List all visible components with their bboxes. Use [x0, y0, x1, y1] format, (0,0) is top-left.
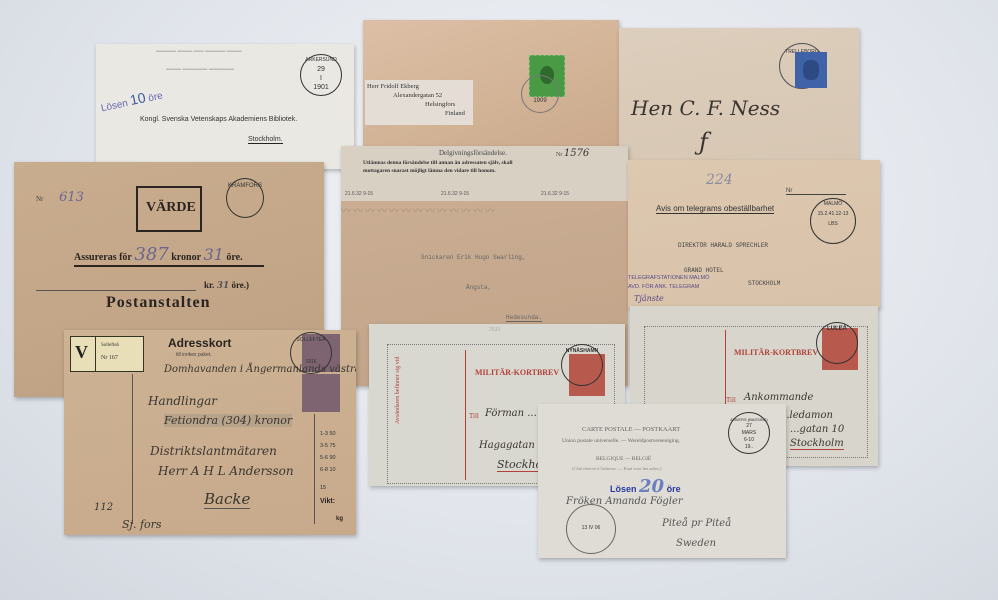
- serial-number: 2532: [489, 327, 500, 333]
- machine-postmark: 21.6.32 9-15: [541, 191, 569, 197]
- label-nr: Nr 1576: [556, 148, 589, 159]
- country-text: BELGIQUE — BELGIË: [596, 456, 651, 462]
- notice-title: Avis om telegrams obeställbarhet: [656, 204, 774, 214]
- left-column-divider: [132, 374, 133, 524]
- kramfors-postmark: KRAMFORS: [226, 178, 264, 218]
- anvers-postmark: ANVERS (BASSINS) 27 MARS 6-10 19..: [728, 412, 770, 454]
- dotted-line: [36, 290, 196, 291]
- lulea-postmark: LULEÅ: [816, 322, 858, 364]
- nr-label: Nr: [786, 188, 846, 195]
- v-label: V Sollefteå Nr 167: [70, 336, 144, 372]
- label-place: Sollefteå: [101, 343, 119, 348]
- weight-label: Vikt:: [320, 498, 335, 505]
- v-letter: V: [75, 342, 88, 363]
- card-title: Adresskort: [168, 336, 231, 350]
- wavy-cancel: 〰〰〰〰〰〰〰〰〰〰〰〰〰: [341, 202, 497, 217]
- label-title: Delgivningsförsändelse.: [439, 149, 507, 157]
- ness-cover: TRELLEBORG Hen C. F. Ness ƒ: [619, 28, 859, 168]
- recipient-line: Herr A H L Andersson: [158, 464, 294, 478]
- card-title: MILITÄR-KORTBREV: [734, 348, 818, 357]
- sender-line: Domhavanden i Ångermanlands västra domsa…: [164, 364, 356, 375]
- handwritten-number: 224: [706, 172, 733, 188]
- destination-line: Backe: [204, 490, 250, 509]
- address-line: Helsingfors: [425, 101, 455, 108]
- newspaper-wrapper-finland: Herr Fridolf Ekberg Alexandergatan 52 He…: [363, 20, 619, 150]
- addressee: DIREKTÖR HARALD SPRECHLER: [678, 242, 768, 249]
- addressee: Kongl. Svenska Vetenskaps Akademiens Bib…: [140, 116, 297, 123]
- handwritten-flourish: ƒ: [699, 128, 708, 156]
- instruction: mottagaren snarast möjligt lämna den vid…: [363, 168, 496, 174]
- nr-label: Nr 613: [36, 190, 84, 205]
- address-label: Herr Fridolf Ekberg Alexandergatan 52 He…: [365, 80, 473, 125]
- varde-box: VÄRDE: [136, 186, 202, 232]
- till-label: Till: [726, 396, 736, 404]
- kr-line: kr. 31 öre.): [204, 280, 249, 291]
- printed-header-2: ▬▬▬ ▬▬▬▬▬ ▬▬▬▬▬: [166, 66, 234, 72]
- machine-postmark: 21.6.32 9-15: [345, 191, 373, 197]
- postmark: 1909: [521, 75, 559, 113]
- akademien-postcard: ▬▬▬▬ ▬▬▬ ▬▬ ▬▬▬▬ ▬▬▬ ▬▬▬ ▬▬▬▬▬ ▬▬▬▬▬ Lös…: [96, 44, 354, 169]
- postage-due-stamp: Lösen 20 öre: [610, 476, 681, 497]
- union-text: Union postale universelle. — Wereldpostv…: [562, 438, 680, 444]
- card-heading: CARTE POSTALE — POSTKAART: [582, 426, 680, 433]
- signature: Tjänste: [634, 294, 664, 303]
- varde-label: VÄRDE: [146, 200, 196, 216]
- divider: [465, 350, 466, 480]
- signature: Sj. fors: [122, 518, 162, 531]
- typed-line: Ängsta,: [466, 284, 491, 291]
- till-label: Till: [469, 412, 479, 420]
- handwritten-line: Förman ...: [485, 408, 537, 419]
- handwritten-line: ...ledamon: [780, 410, 833, 421]
- address-line: Finland: [445, 110, 465, 117]
- value-line: Fetiondra (304) kronor: [164, 414, 292, 427]
- postanstalten-heading: Postanstalten: [106, 294, 211, 312]
- delgivning-label: Delgivningsförsändelse. Nr 1576 Utlämnas…: [341, 146, 628, 201]
- handwritten-line: Sweden: [676, 538, 716, 549]
- typed-line: Hedesunda.: [506, 314, 542, 322]
- handwritten-line: ...gatan 10: [790, 424, 844, 435]
- contents-line: Handlingar: [148, 394, 217, 408]
- printed-header: ▬▬▬▬ ▬▬▬ ▬▬ ▬▬▬▬ ▬▬▬: [156, 48, 242, 54]
- purple-stamp: [302, 374, 340, 412]
- address-line: Alexandergatan 52: [393, 92, 442, 99]
- handwritten-line: Piteå pr Piteå: [662, 518, 731, 529]
- blue-coat-of-arms-stamp: [795, 52, 827, 88]
- sender-department: AVD. FÖR ANK. TELEGRAM: [628, 284, 699, 290]
- arkersund-postmark: ARKERSUND 29 I 1901: [300, 54, 342, 96]
- handwritten-line: Ankommande: [744, 392, 813, 403]
- card-title: MILITÄR-KORTBREV: [475, 368, 559, 377]
- belgian-carte-postale: CARTE POSTALE — POSTKAART Union postale …: [538, 404, 786, 558]
- recipient-line: Distriktslantmätaren: [150, 444, 277, 458]
- adresskort-parcel-card: V Sollefteå Nr 167 Adresskort till inrik…: [64, 330, 356, 535]
- instruction: Utlämnas denna försändelse till annan än…: [363, 160, 513, 166]
- insured-amount-line: Assureras för 387 kronor 31 öre.: [74, 244, 264, 267]
- arrival-postmark: 13 IV 06: [566, 504, 616, 554]
- sender-note: Avsändaren befinner sig vid: [395, 357, 401, 424]
- telegram-notice: 224 Nr Avis om telegrams obeställbarhet …: [628, 160, 880, 308]
- left-number: 112: [94, 502, 113, 513]
- fee-table: 1-3 50 3-5 75 5-6 90 6-8 10 15: [320, 428, 336, 494]
- hotel: GRAND HOTEL: [684, 267, 724, 274]
- city: STOCKHOLM: [748, 280, 780, 287]
- kg-label: kg: [336, 516, 343, 522]
- address-note: (Côté réservé à l'adresse. — Kant voor h…: [572, 466, 662, 471]
- malmo-postmark: MALMÖ 15.2.41.12-13 LBS: [810, 198, 856, 244]
- address-line: Herr Fridolf Ekberg: [367, 83, 419, 90]
- handwritten-line: Stockholm: [790, 438, 844, 450]
- postage-due-stamp: Lösen 10 öre: [99, 86, 164, 115]
- handwritten-address: Hen C. F. Ness: [631, 96, 780, 120]
- handwritten-line: Hagagatan: [479, 440, 535, 451]
- card-subtitle: till inrikes paket.: [176, 352, 212, 358]
- sender-station: TELEGRAFSTATIONEN MALMÖ: [628, 275, 709, 281]
- typed-line: Snickaren Erik Hugo Swarling,: [421, 254, 525, 261]
- city: Stockholm.: [248, 136, 283, 144]
- nynashamn-postmark: NYNÄSHAMN: [561, 344, 603, 386]
- machine-postmark: 21.6.32 9-15: [441, 191, 469, 197]
- fee-column-divider: [314, 414, 315, 524]
- label-nr: Nr 167: [101, 355, 118, 361]
